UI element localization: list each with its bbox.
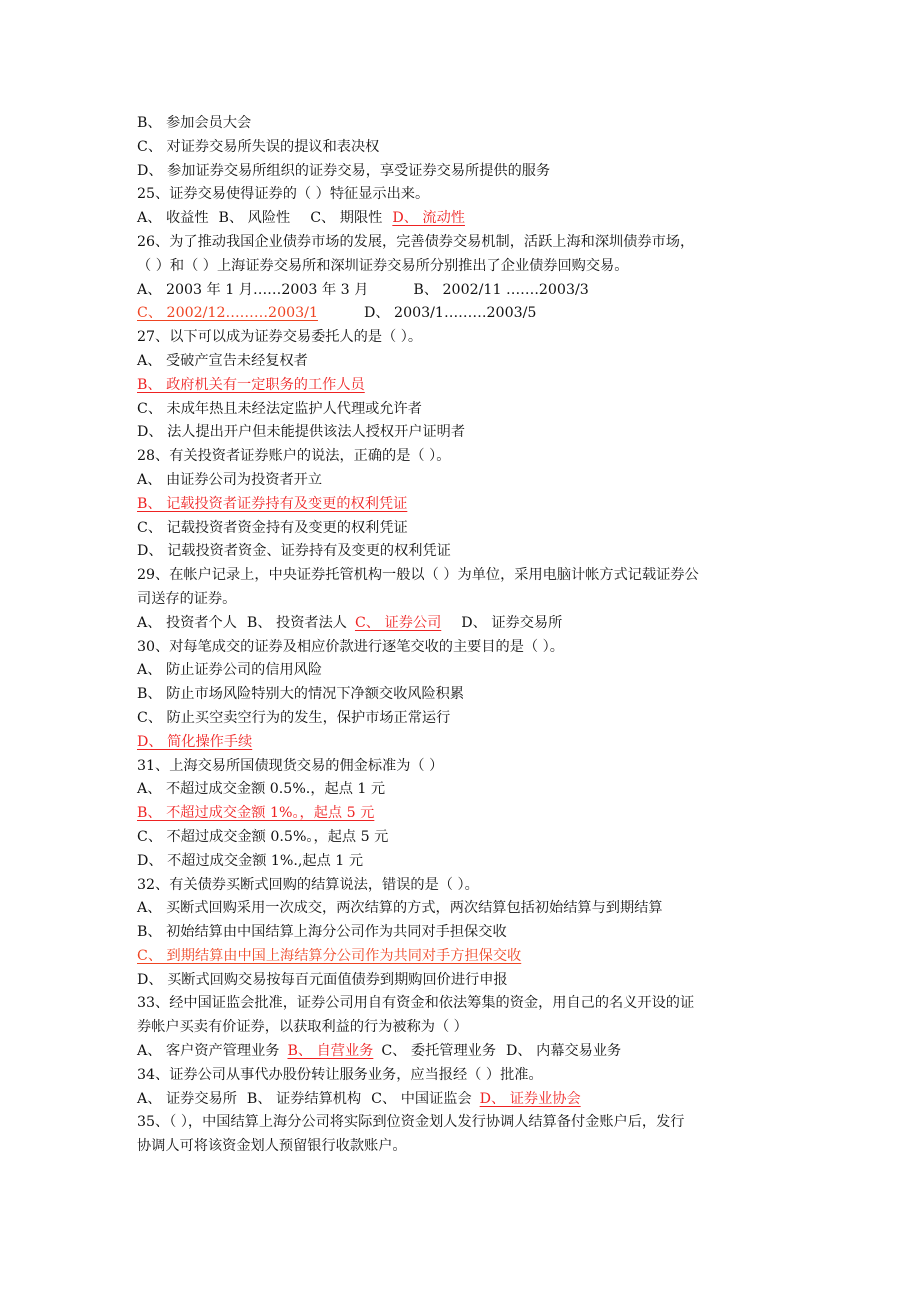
q32-option-d: D、 买断式回购交易按每百元面值债券到期购回价进行申报 — [137, 969, 817, 993]
q25-option-a: A、 收益性 — [137, 210, 209, 226]
q34-option-a: A、 证券交易所 — [137, 1091, 237, 1107]
q28-option-d: D、 记载投资者资金、证券持有及变更的权利凭证 — [137, 540, 817, 564]
q31-option-a: A、 不超过成交金额 0.5%.，起点 1 元 — [137, 778, 817, 802]
q26-stem-1: 26、为了推动我国企业债券市场的发展，完善债券交易机制，活跃上海和深圳债券市场， — [137, 231, 817, 255]
q30-stem: 30、对每笔成交的证券及相应价款进行逐笔交收的主要目的是（ ）。 — [137, 636, 817, 660]
q29-option-b: B、 投资者法人 — [247, 615, 347, 631]
q33-option-c: C、 委托管理业务 — [381, 1043, 496, 1059]
q34-option-d-answer: D、 证券业协会 — [480, 1091, 581, 1107]
q25-option-c: C、 期限性 — [310, 210, 382, 226]
q24-option-b: B、 参加会员大会 — [137, 112, 817, 136]
q26-option-c-answer: C、 2002/12………2003/1 — [137, 305, 318, 321]
document-page: B、 参加会员大会 C、 对证券交易所失误的提议和表决权 D、 参加证券交易所组… — [137, 112, 817, 1159]
q27-option-a: A、 受破产宣告未经复权者 — [137, 350, 817, 374]
q33-stem-2: 券帐户买卖有价证券，以获取利益的行为被称为（ ） — [137, 1016, 817, 1040]
q32-option-b: B、 初始结算由中国结算上海分公司作为共同对手担保交收 — [137, 921, 817, 945]
q31-option-b-answer: B、 不超过成交金额 1%。，起点 5 元 — [137, 805, 374, 821]
q33-stem-1: 33、经中国证监会批准，证券公司用自有资金和依法筹集的资金，用自己的名义开设的证 — [137, 992, 817, 1016]
q35-stem-2: 协调人可将该资金划人预留银行收款账户。 — [137, 1135, 817, 1159]
q31-option-c: C、 不超过成交金额 0.5%。，起点 5 元 — [137, 826, 817, 850]
q30-option-b: B、 防止市场风险特别大的情况下净额交收风险积累 — [137, 683, 817, 707]
q33-option-b-answer: B、 自营业务 — [287, 1043, 373, 1059]
q29-stem-1: 29、在帐户记录上，中央证券托管机构一般以（ ）为单位，采用电脑计帐方式记载证券… — [137, 564, 817, 588]
q28-option-c: C、 记载投资者资金持有及变更的权利凭证 — [137, 517, 817, 541]
q26-options-cd: C、 2002/12………2003/1D、 2003/1………2003/5 — [137, 302, 817, 326]
q24-option-d: D、 参加证券交易所组织的证券交易，享受证券交易所提供的服务 — [137, 160, 817, 184]
q27-option-b-answer: B、 政府机关有一定职务的工作人员 — [137, 377, 365, 393]
q26-options-ab: A、 2003 年 1 月……2003 年 3 月B、 2002/11 …….2… — [137, 279, 817, 303]
q30-option-c: C、 防止买空卖空行为的发生，保护市场正常运行 — [137, 707, 817, 731]
q26-option-b: B、 2002/11 …….2003/3 — [413, 282, 588, 298]
q27-stem: 27、以下可以成为证券交易委托人的是（ ）。 — [137, 326, 817, 350]
q25-option-d-answer: D、 流动性 — [392, 210, 465, 226]
q31-option-d: D、 不超过成交金额 1%.,起点 1 元 — [137, 850, 817, 874]
q33-option-d: D、 内幕交易业务 — [506, 1043, 621, 1059]
q30-option-d-answer: D、 简化操作手续 — [137, 734, 252, 750]
q27-option-d: D、 法人提出开户但未能提供该法人授权开户证明者 — [137, 421, 817, 445]
q24-option-c: C、 对证券交易所失误的提议和表决权 — [137, 136, 817, 160]
q29-stem-2: 司送存的证券。 — [137, 588, 817, 612]
q32-option-c-answer: C、 到期结算由中国上海结算分公司作为共同对手方担保交收 — [137, 948, 521, 964]
q32-stem: 32、有关债券买断式回购的结算说法，错误的是（ ）。 — [137, 874, 817, 898]
q25-option-b: B、 风险性 — [219, 210, 291, 226]
q28-option-a: A、 由证券公司为投资者开立 — [137, 469, 817, 493]
q32-option-a: A、 买断式回购采用一次成交，两次结算的方式，两次结算包括初始结算与到期结算 — [137, 897, 817, 921]
q25-options: A、 收益性B、 风险性C、 期限性D、 流动性 — [137, 207, 817, 231]
q34-option-b: B、 证券结算机构 — [247, 1091, 361, 1107]
q29-option-a: A、 投资者个人 — [137, 615, 237, 631]
q27-option-c: C、 未成年热且未经法定监护人代理或允许者 — [137, 398, 817, 422]
q29-option-d: D、 证券交易所 — [461, 615, 562, 631]
q25-stem: 25、证券交易使得证券的（ ）特征显示出来。 — [137, 183, 817, 207]
q31-stem: 31、上海交易所国债现货交易的佣金标准为（ ） — [137, 755, 817, 779]
q34-options: A、 证券交易所B、 证券结算机构C、 中国证监会 D、 证券业协会 — [137, 1088, 817, 1112]
q33-options: A、 客户资产管理业务 B、 自营业务 C、 委托管理业务D、 内幕交易业务 — [137, 1040, 817, 1064]
q26-option-a: A、 2003 年 1 月……2003 年 3 月 — [137, 282, 368, 298]
q26-option-d: D、 2003/1………2003/5 — [364, 305, 536, 321]
q28-stem: 28、有关投资者证券账户的说法，正确的是（ ）。 — [137, 445, 817, 469]
q26-stem-2: （ ）和（ ）上海证券交易所和深圳证券交易所分别推出了企业债券回购交易。 — [137, 255, 817, 279]
q34-option-c: C、 中国证监会 — [371, 1091, 472, 1107]
q33-option-a: A、 客户资产管理业务 — [137, 1043, 279, 1059]
q29-options: A、 投资者个人B、 投资者法人 C、 证券公司D、 证券交易所 — [137, 612, 817, 636]
q35-stem-1: 35、（ ），中国结算上海分公司将实际到位资金划人发行协调人结算备付金账户后，发… — [137, 1111, 817, 1135]
q34-stem: 34、证券公司从事代办股份转让服务业务，应当报经（ ）批准。 — [137, 1064, 817, 1088]
q30-option-a: A、 防止证券公司的信用风险 — [137, 659, 817, 683]
q29-option-c-answer: C、 证券公司 — [355, 615, 441, 631]
q28-option-b-answer: B、 记载投资者证券持有及变更的权利凭证 — [137, 496, 407, 512]
